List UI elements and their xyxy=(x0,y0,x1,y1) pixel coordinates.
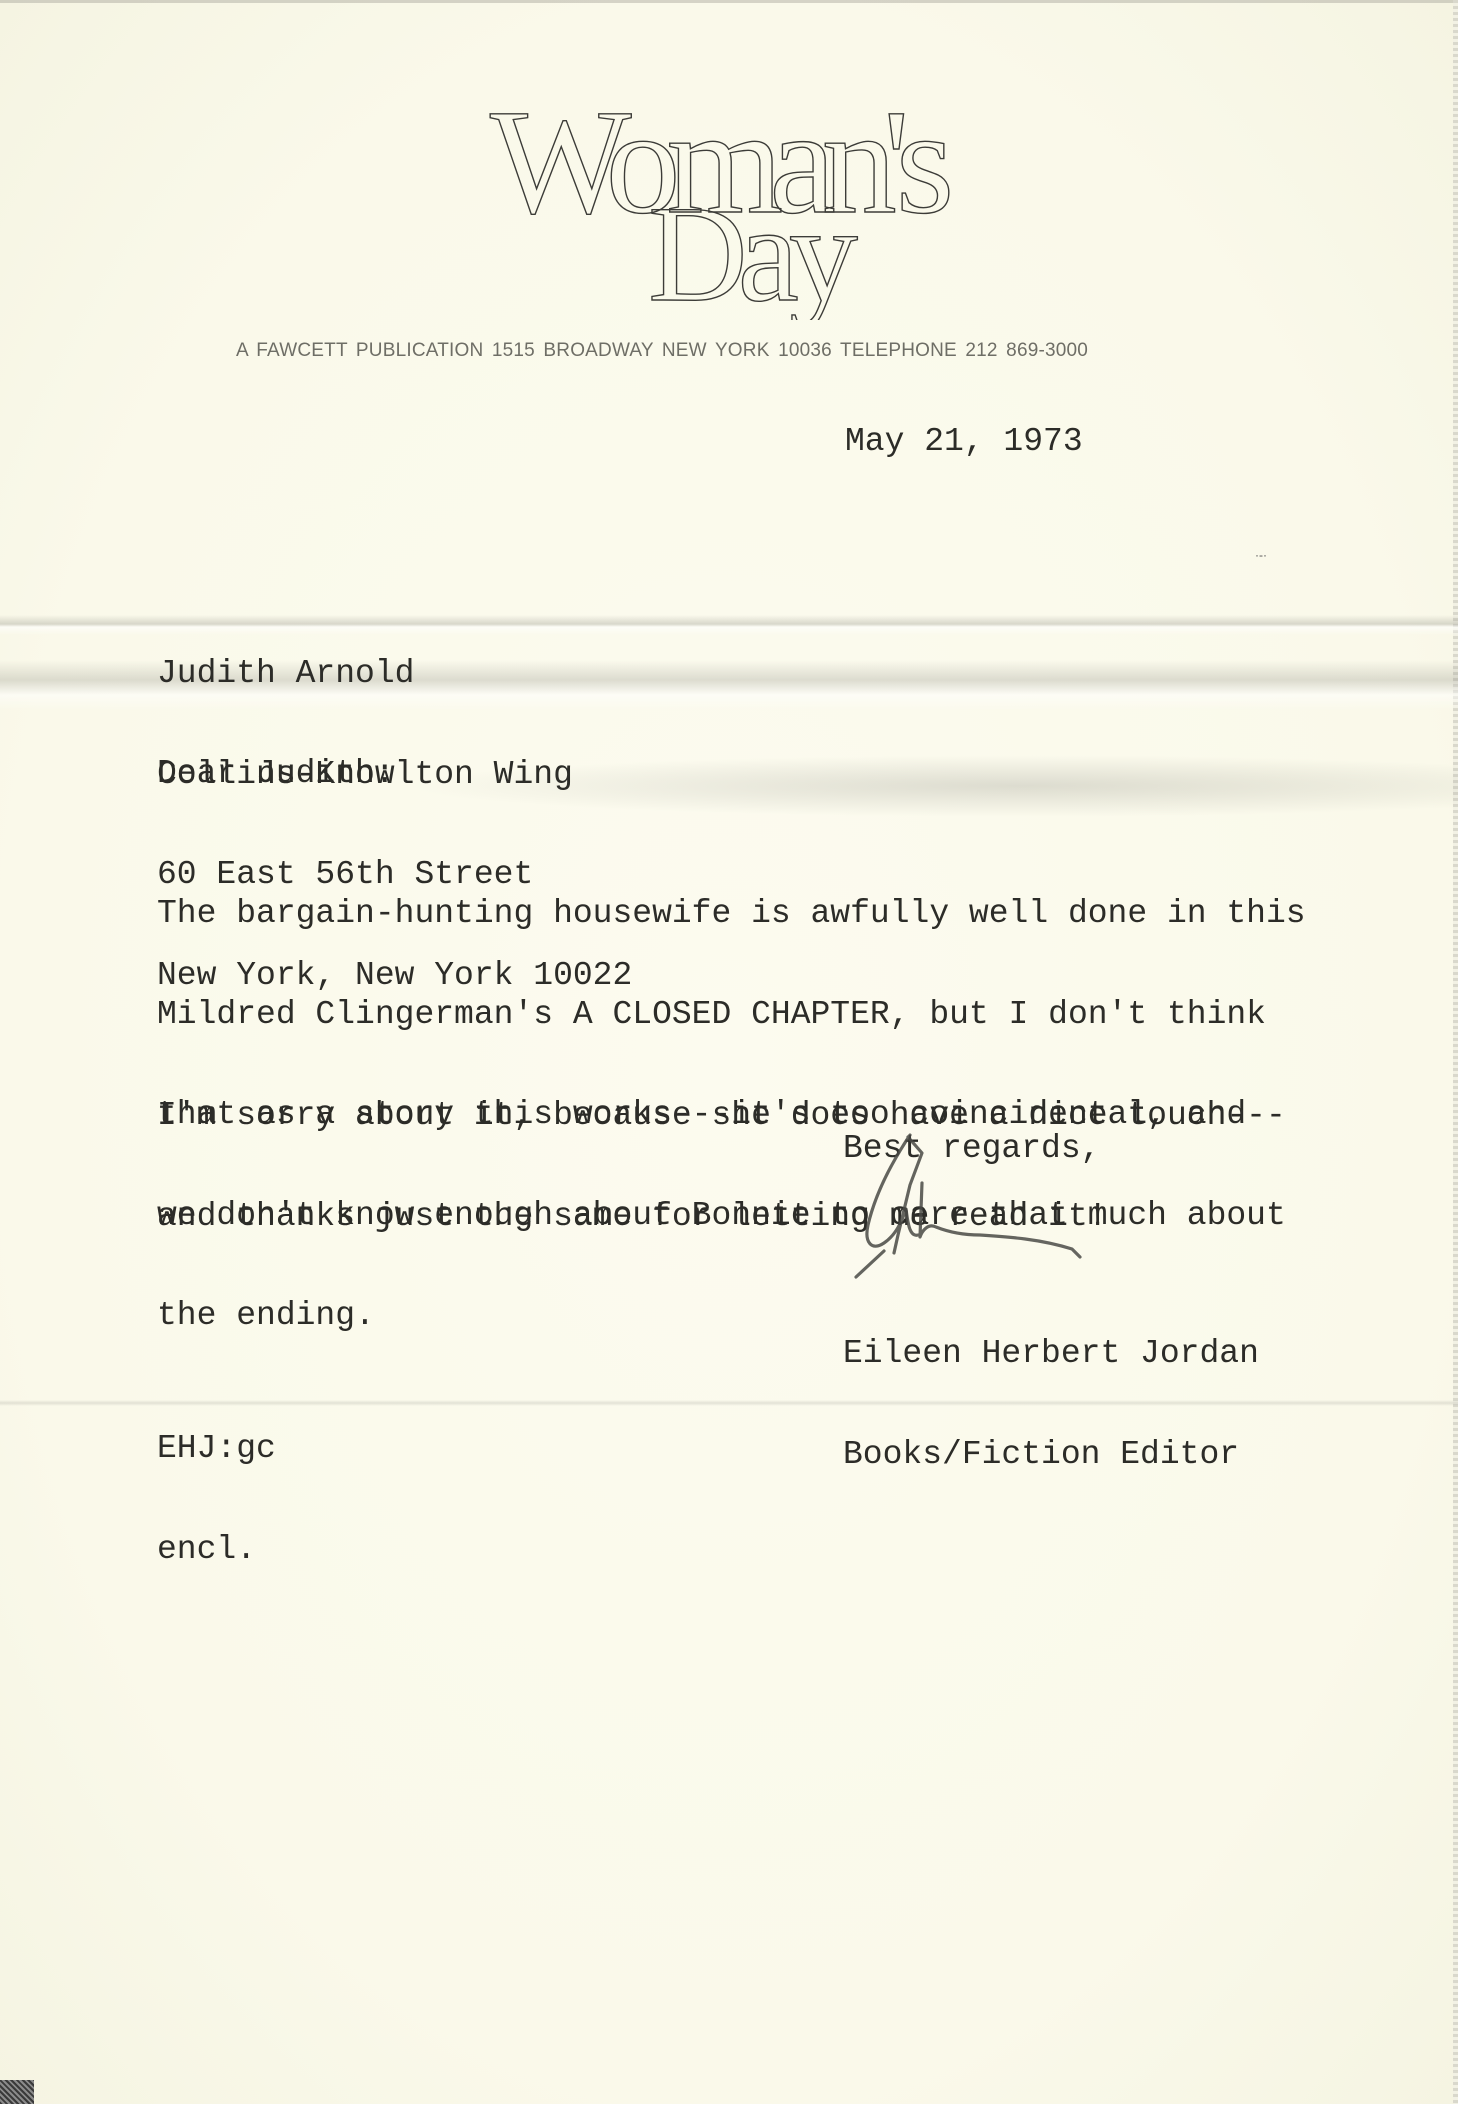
paragraph-line: Mildred Clingerman's A CLOSED CHAPTER, b… xyxy=(157,998,1306,1032)
letter-page: Woman's Day A FAWCETT PUBLICATION 1515 B… xyxy=(0,0,1458,2104)
womans-day-logo: Woman's Day xyxy=(488,100,968,320)
enclosure-note: encl. xyxy=(157,1533,276,1567)
scan-corner-shadow xyxy=(0,2080,34,2104)
paper-speck: ·-· xyxy=(1255,548,1267,562)
signer-title: Books/Fiction Editor xyxy=(843,1438,1259,1472)
signer-name: Eileen Herbert Jordan xyxy=(843,1337,1259,1371)
page-edge-top xyxy=(0,0,1458,3)
recipient-name: Judith Arnold xyxy=(157,657,632,691)
page-edge-right xyxy=(1453,0,1458,2104)
reference-block: EHJ:gc encl. xyxy=(157,1365,276,1633)
handwritten-signature-icon xyxy=(850,1125,1130,1285)
paragraph-line: The bargain-hunting housewife is awfully… xyxy=(157,897,1306,931)
reference-initials: EHJ:gc xyxy=(157,1432,276,1466)
letter-date: May 21, 1973 xyxy=(845,425,1083,459)
logo-line-2: Day xyxy=(648,177,858,320)
signer-block: Eileen Herbert Jordan Books/Fiction Edit… xyxy=(843,1270,1259,1538)
publisher-address-line: A FAWCETT PUBLICATION 1515 BROADWAY NEW … xyxy=(236,340,1228,362)
salutation: Dear Judith: xyxy=(157,757,395,791)
